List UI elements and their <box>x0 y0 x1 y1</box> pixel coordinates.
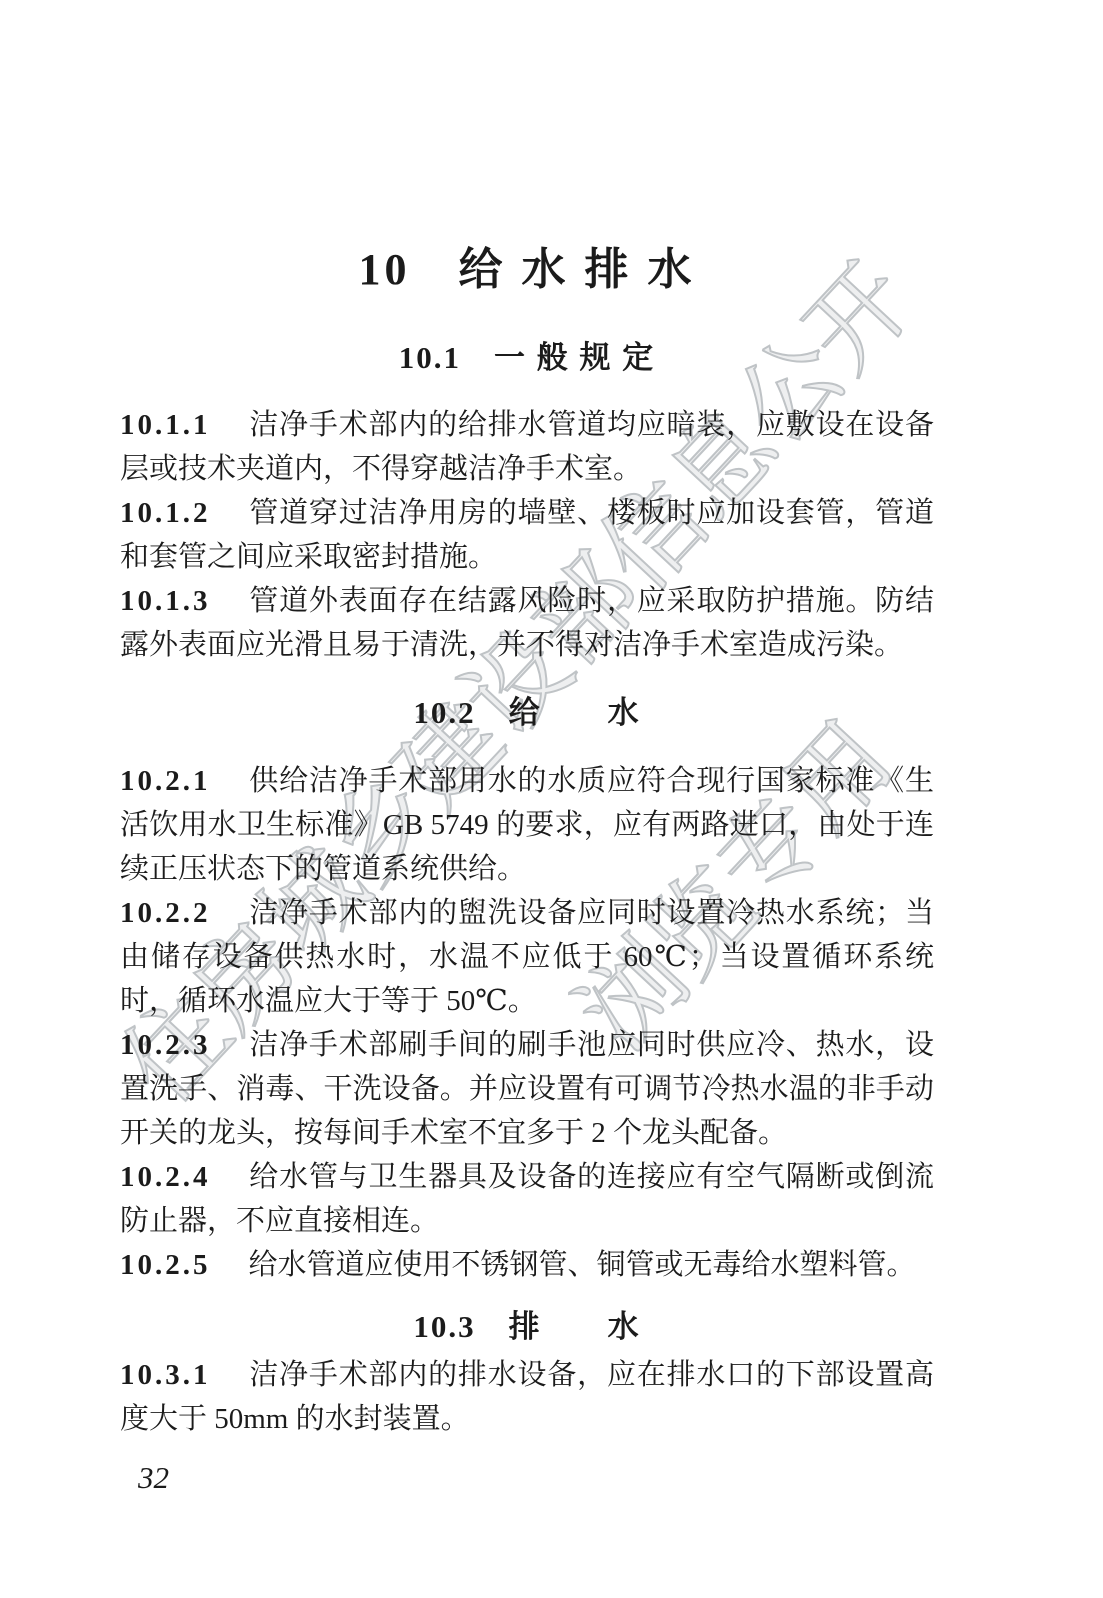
document-page: 住房城乡建设部信息公开 浏览专用 10 给 水 排 水 10.1 一 般 规 定… <box>0 0 1103 1598</box>
clause-10-2-3: 10.2.3洁净手术部刷手间的刷手池应同时供应冷、热水，设置洗手、消毒、干洗设备… <box>120 1023 934 1155</box>
clause-number: 10.1.2 <box>120 497 211 529</box>
clause-text: 给水管与卫生器具及设备的连接应有空气隔断或倒流防止器，不应直接相连。 <box>120 1161 934 1237</box>
clause-10-2-1: 10.2.1供给洁净手术部用水的水质应符合现行国家标准《生活饮用水卫生标准》GB… <box>120 759 934 891</box>
clause-text: 给水管道应使用不锈钢管、铜管或无毒给水塑料管。 <box>249 1249 916 1281</box>
clause-10-1-1: 10.1.1洁净手术部内的给排水管道均应暗装，应敷设在设备层或技术夹道内，不得穿… <box>120 403 934 491</box>
clause-10-2-5: 10.2.5给水管道应使用不锈钢管、铜管或无毒给水塑料管。 <box>120 1243 934 1287</box>
section-heading-10-2: 10.2 给 水 <box>120 691 934 735</box>
clause-number: 10.1.1 <box>120 409 211 441</box>
clause-text: 供给洁净手术部用水的水质应符合现行国家标准《生活饮用水卫生标准》GB 5749 … <box>120 765 934 885</box>
clause-number: 10.2.1 <box>120 765 211 797</box>
chapter-title: 10 给 水 排 水 <box>120 248 934 292</box>
clause-number: 10.3.1 <box>120 1359 211 1391</box>
clause-10-2-4: 10.2.4给水管与卫生器具及设备的连接应有空气隔断或倒流防止器，不应直接相连。 <box>120 1155 934 1243</box>
clause-text: 洁净手术部刷手间的刷手池应同时供应冷、热水，设置洗手、消毒、干洗设备。并应设置有… <box>120 1029 934 1149</box>
clause-10-1-2: 10.1.2管道穿过洁净用房的墙壁、楼板时应加设套管，管道和套管之间应采取密封措… <box>120 491 934 579</box>
clause-10-2-2: 10.2.2洁净手术部内的盥洗设备应同时设置冷热水系统；当由储存设备供热水时，水… <box>120 891 934 1023</box>
clause-text: 管道穿过洁净用房的墙壁、楼板时应加设套管，管道和套管之间应采取密封措施。 <box>120 497 934 573</box>
clause-text: 洁净手术部内的排水设备，应在排水口的下部设置高度大于 50mm 的水封装置。 <box>120 1359 934 1435</box>
clause-number: 10.2.3 <box>120 1029 211 1061</box>
clause-number: 10.2.4 <box>120 1161 211 1193</box>
clause-10-3-1: 10.3.1洁净手术部内的排水设备，应在排水口的下部设置高度大于 50mm 的水… <box>120 1353 934 1441</box>
page-content: 10 给 水 排 水 10.1 一 般 规 定 10.1.1洁净手术部内的给排水… <box>120 0 934 1441</box>
clause-text: 洁净手术部内的盥洗设备应同时设置冷热水系统；当由储存设备供热水时，水温不应低于 … <box>120 897 934 1017</box>
page-number: 32 <box>138 1460 169 1496</box>
clause-number: 10.2.5 <box>120 1249 211 1281</box>
clause-text: 洁净手术部内的给排水管道均应暗装，应敷设在设备层或技术夹道内，不得穿越洁净手术室… <box>120 409 934 485</box>
clause-number: 10.2.2 <box>120 897 211 929</box>
clause-text: 管道外表面存在结露风险时，应采取防护措施。防结露外表面应光滑且易于清洗，并不得对… <box>120 585 934 661</box>
clause-10-1-3: 10.1.3管道外表面存在结露风险时，应采取防护措施。防结露外表面应光滑且易于清… <box>120 579 934 667</box>
section-heading-10-1: 10.1 一 般 规 定 <box>120 336 934 380</box>
clause-number: 10.1.3 <box>120 585 211 617</box>
section-heading-10-3: 10.3 排 水 <box>120 1305 934 1349</box>
